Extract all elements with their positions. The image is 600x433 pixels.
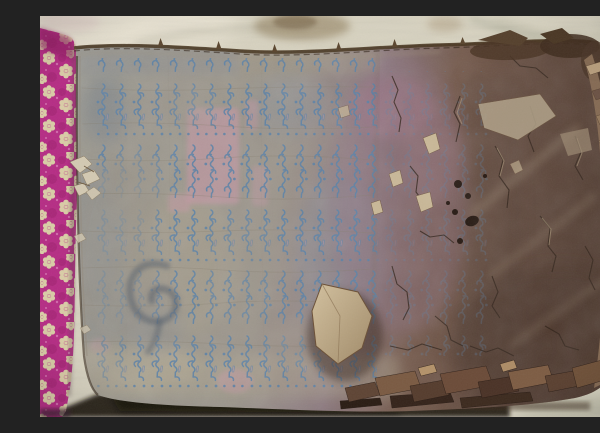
photo-vignette — [40, 16, 600, 417]
photo-figure — [40, 16, 600, 417]
